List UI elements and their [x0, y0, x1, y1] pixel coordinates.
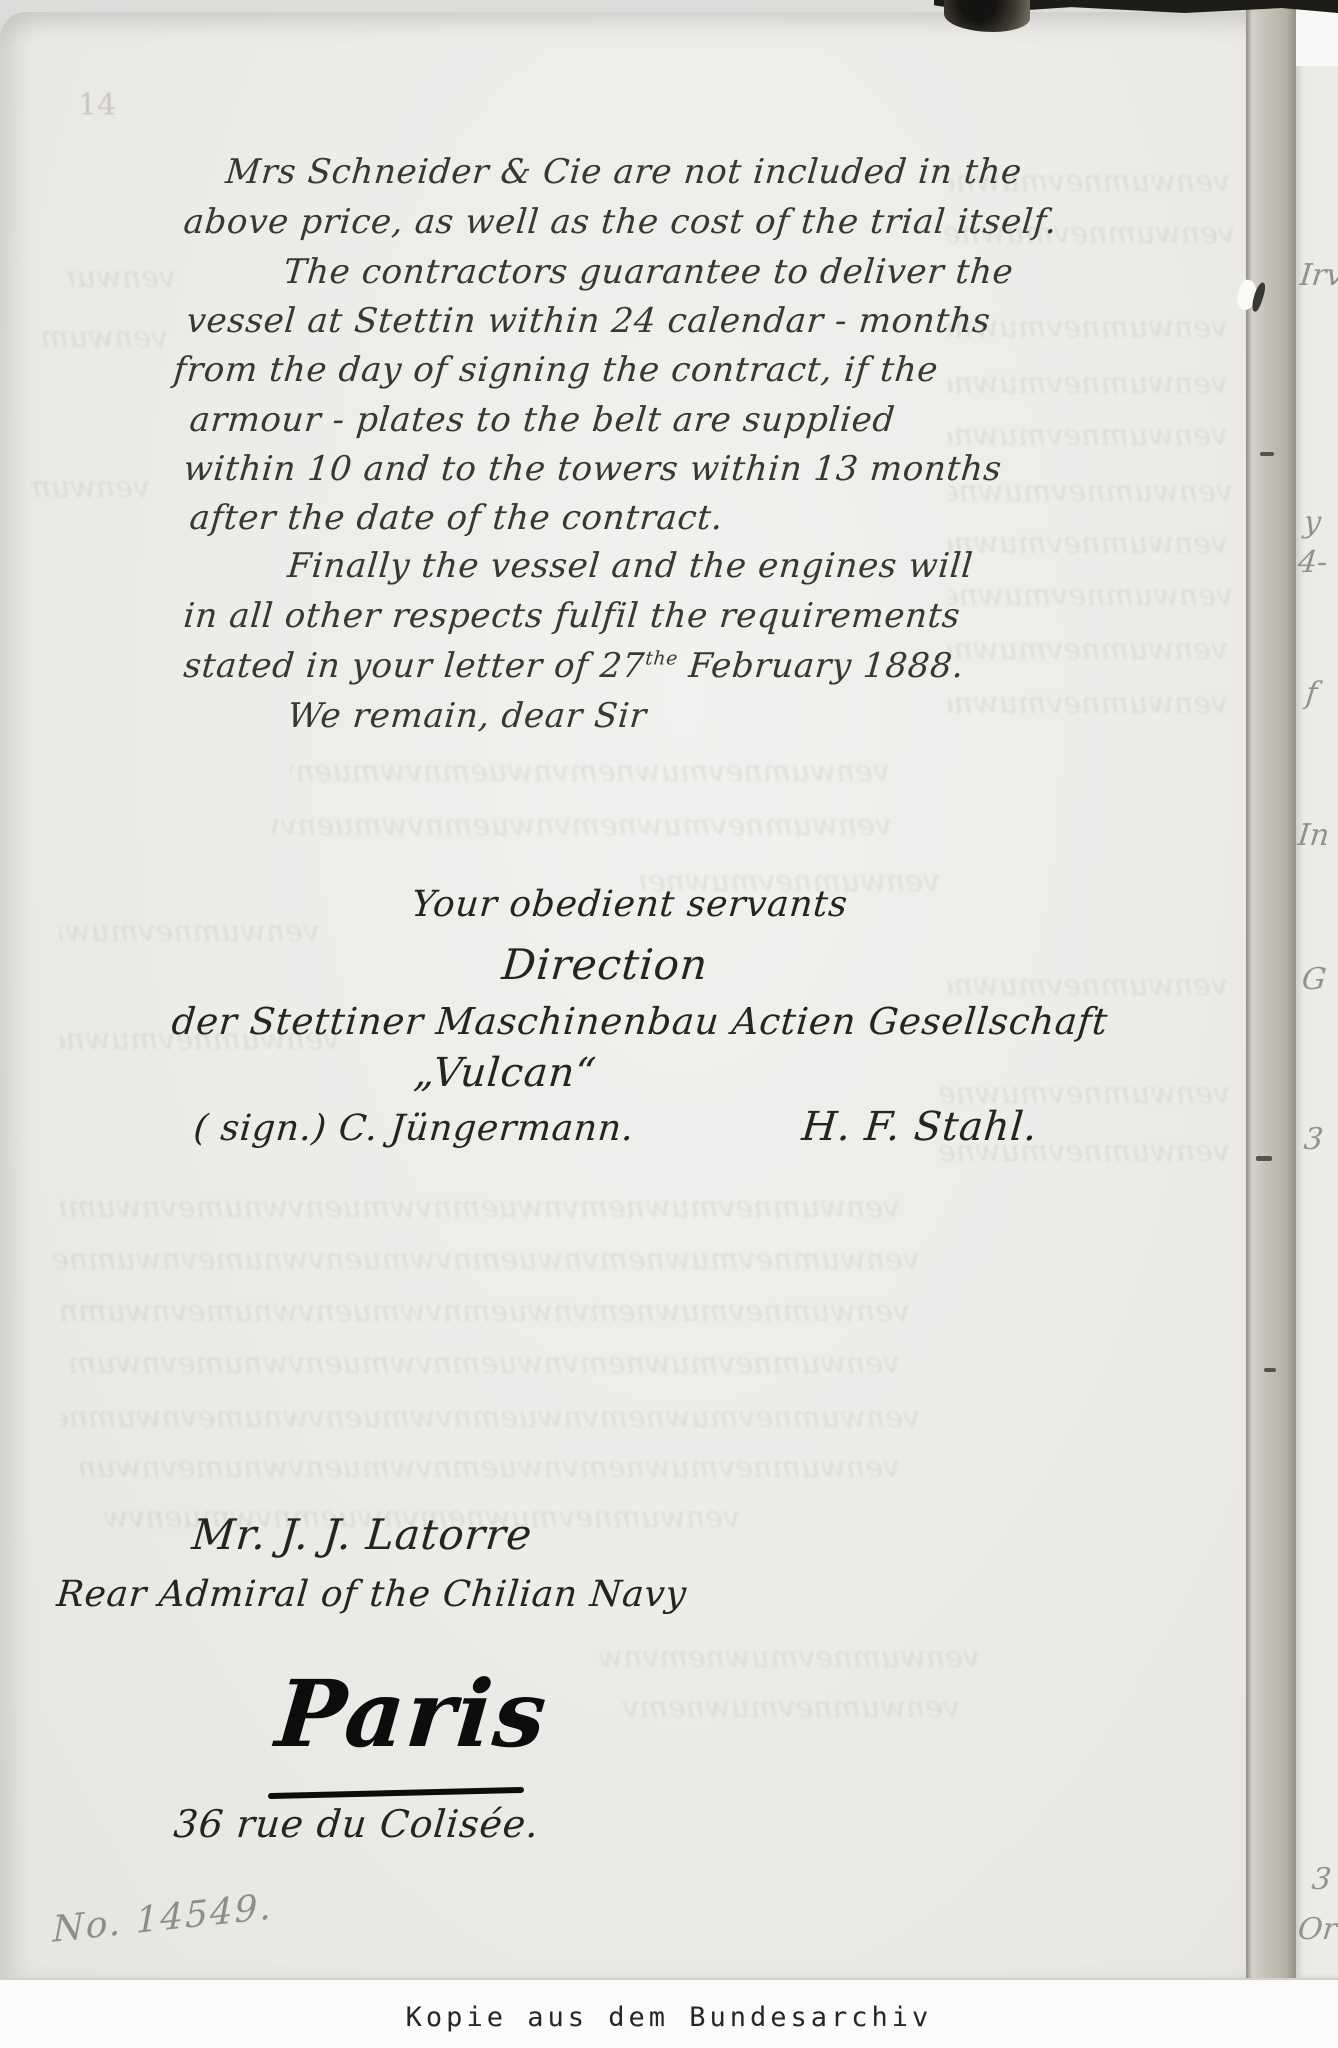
- bleedthrough-line: venwumnevmuwnemvnwuemnvwmuenvwnumevnwumn…: [272, 808, 892, 844]
- bleedthrough-line: venwumne: [66, 260, 176, 296]
- recipient-address: 36 rue du Colisée.: [172, 1802, 541, 1846]
- faint-page-number: 14: [78, 88, 116, 123]
- bleedthrough-line: venwumnev: [30, 470, 150, 506]
- signature-line: Direction: [500, 940, 710, 989]
- signature-signer-right: H. F. Stahl.: [800, 1104, 1039, 1150]
- bleedthrough-line: venwumnevmuwnemvnwuemnvwmuenvwnumevnwumn…: [60, 1400, 920, 1436]
- signature-vulcan: „Vulcan“: [412, 1050, 598, 1096]
- bleedthrough-line: venwumnevmuwnemvnwu: [60, 914, 320, 950]
- adjacent-page-fragment: 3: [1302, 1122, 1325, 1157]
- page-edge: [1246, 0, 1296, 1978]
- letter-line: vessel at Stettin within 24 calendar - m…: [185, 301, 992, 341]
- adjacent-page-fragment: 4-: [1296, 545, 1329, 580]
- letter-line-text: February 1888.: [676, 646, 966, 686]
- archive-caption: Kopie aus dem Bundesarchiv: [0, 2002, 1338, 2033]
- city-underline: [268, 1787, 524, 1799]
- edge-nick: [1264, 1368, 1276, 1372]
- letter-line: The contractors guarantee to deliver the: [282, 252, 1015, 292]
- letter-line: in all other respects fulfil the require…: [182, 596, 962, 636]
- adjacent-page-fragment: y: [1302, 505, 1323, 540]
- adjacent-page-fragment: f: [1304, 676, 1319, 711]
- bleedthrough-line: venwumnevmuwnemvnwuemnvwmuenvwnumevnwumn…: [80, 1450, 900, 1486]
- adjacent-page-fragment: 3: [1310, 1862, 1333, 1897]
- recipient-name: Mr. J. J. Latorre: [190, 1510, 534, 1559]
- signature-signer-left: ( sign.) C. Jüngermann.: [192, 1108, 636, 1149]
- letter-page: 14 venwumnevmuwnemvnwuevenwumnevmuwnemvn…: [0, 12, 1246, 1978]
- bleedthrough-line: venwumnevmuwnemvnwuemnvwmuenvwnumevnwumn…: [60, 1190, 900, 1226]
- edge-nick: [1256, 1156, 1272, 1161]
- bleedthrough-line: venwumnevmuwnemvnwuemnvwmuenvwnumevnwumn…: [60, 1294, 910, 1330]
- bleedthrough-line: venwumnevm: [38, 320, 168, 356]
- bleedthrough-line: venwumnevmuwnemvnwue: [948, 526, 1228, 562]
- letter-line-text: stated in your letter of 27: [182, 646, 646, 686]
- archive-footer: Kopie aus dem Bundesarchiv: [0, 1978, 1338, 2048]
- bleedthrough-line: venwumnevmuwnemvnwue: [948, 366, 1228, 402]
- signature-company: der Stettiner Maschinenbau Actien Gesell…: [170, 1000, 1110, 1043]
- edge-nick: [1260, 452, 1274, 456]
- recipient-city: Paris: [272, 1660, 552, 1768]
- adjacent-page-fragment: Irv: [1298, 258, 1338, 293]
- signature-line: Your obedient servants: [410, 884, 849, 925]
- letter-line: Mrs Schneider & Cie are not included in …: [224, 152, 1024, 192]
- letter-line: We remain, dear Sir: [286, 696, 648, 736]
- bleedthrough-line: venwumnevmuwnemvnwuemnvwmuenvwnumevnwumn…: [50, 1242, 920, 1278]
- superscript-ordinal: the: [644, 649, 678, 670]
- bleedthrough-line: venwumnevmuwnemvnwuem: [948, 578, 1233, 614]
- bleedthrough-line: venwumnevmuwnemvnwue: [948, 686, 1228, 722]
- adjacent-page-fragment: Or: [1296, 1912, 1338, 1947]
- bleedthrough-line: venwumnevmuwnemvnwuemnvwm: [620, 1690, 960, 1726]
- bleedthrough-line: venwumnevmuwnemvnwuemnvwmuenvwnumevnwumn…: [70, 1346, 900, 1382]
- adjacent-page: Irvy4-fInG33Or: [1296, 0, 1338, 1978]
- adjacent-page-fragment: G: [1300, 962, 1328, 997]
- registry-number-pencil: No. 14549.: [53, 1886, 273, 1950]
- letter-line: after the date of the contract.: [188, 498, 725, 538]
- adjacent-page-fragment: In: [1296, 818, 1331, 853]
- bleedthrough-line: venwumnevmuwnemvnwuemnvwmuen: [600, 1640, 980, 1676]
- letter-line: armour - plates to the belt are supplied: [188, 400, 897, 440]
- letter-line: from the day of signing the contract, if…: [172, 350, 940, 390]
- letter-line: within 10 and to the towers within 13 mo…: [182, 449, 1003, 489]
- bleedthrough-line: venwumnevmuwnemvnwue: [948, 968, 1228, 1004]
- scanned-document: 14 venwumnevmuwnemvnwuevenwumnevmuwnemvn…: [0, 0, 1338, 2048]
- letter-line: stated in your letter of 27the February …: [182, 646, 966, 686]
- bleedthrough-line: venwumnevmuwnemvnwuemnvwmuenvwnumevnwumn…: [290, 754, 890, 790]
- letter-line: Finally the vessel and the engines will: [286, 546, 975, 586]
- bleedthrough-line: venwumnevmuwnemvnwue: [948, 632, 1228, 668]
- letter-line: above price, as well as the cost of the …: [182, 202, 1059, 242]
- recipient-title: Rear Admiral of the Chilian Navy: [55, 1574, 688, 1615]
